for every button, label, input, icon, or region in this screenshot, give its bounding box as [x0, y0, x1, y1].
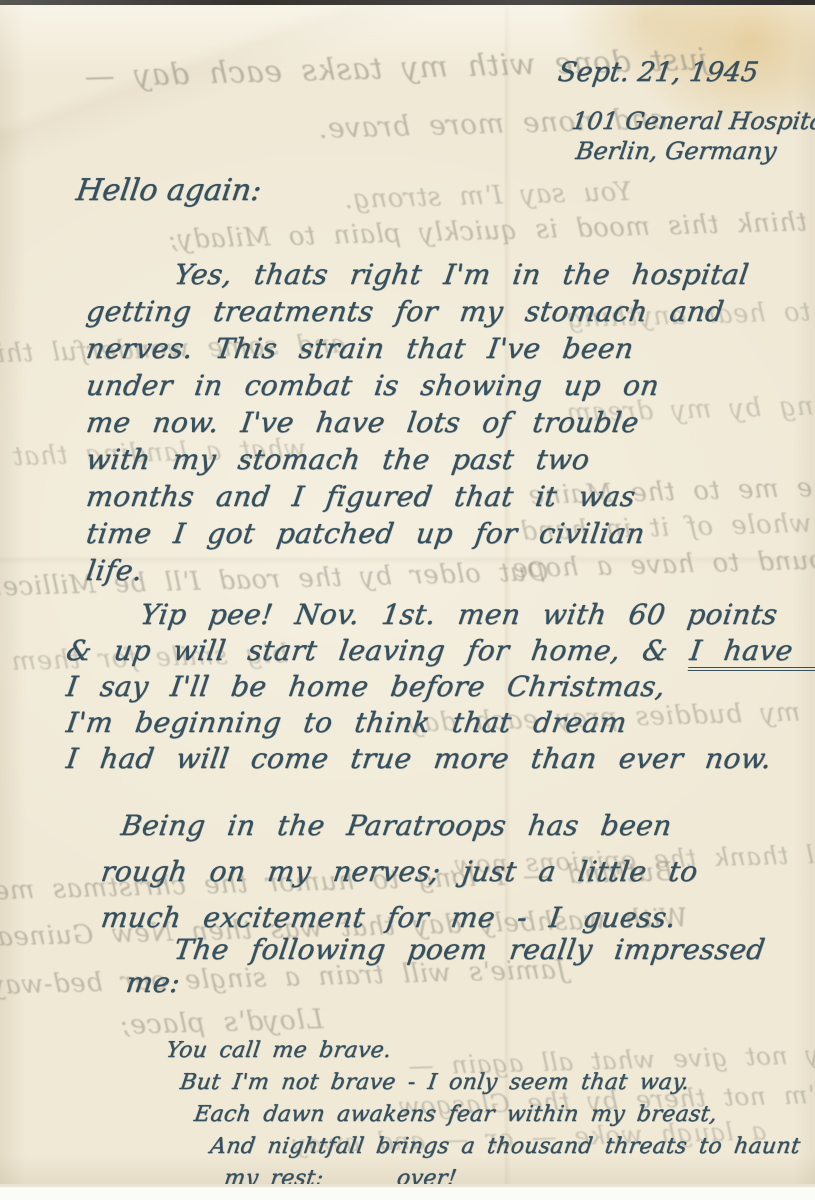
letter-address-line2: Berlin, Germany: [574, 137, 778, 165]
letter-paper: just done with my tasks each day —and no…: [0, 5, 815, 1184]
poem-block: You call me brave.But I'm not brave - I …: [164, 1035, 798, 1184]
over-note: over!: [395, 1166, 458, 1184]
handwritten-line: nerves. This strain that I've been: [84, 330, 751, 367]
scan-edge-bottom: [0, 1184, 815, 1200]
letter-paragraph-points: Yip pee! Nov. 1st. men with 60 points& u…: [64, 597, 815, 777]
handwritten-line: time I got patched up for civilian: [84, 515, 751, 552]
text-segment: & up will start leaving for home, &: [64, 634, 692, 667]
poem-line: But I'm not brave - I only seem that way…: [164, 1067, 802, 1099]
letter-address-line1: 101 General Hospital: [570, 107, 815, 135]
poem-line: And nightfall brings a thousand threats …: [164, 1131, 802, 1163]
handwritten-line: me:: [124, 966, 767, 999]
letter-paragraph-hospital: Yes, thats right I'm in the hospitalgett…: [84, 256, 746, 589]
letter-date: Sept. 21, 1945: [556, 57, 760, 88]
handwritten-line: I'm beginning to think that dream: [64, 705, 815, 741]
handwritten-line: Being in the Paratroops has been: [98, 803, 701, 849]
poem-last-line: my rest;: [223, 1166, 325, 1184]
handwritten-line: Yip pee! Nov. 1st. men with 60 points: [64, 597, 815, 633]
handwriting-layer: Sept. 21, 1945 101 General Hospital Berl…: [0, 5, 815, 1184]
handwritten-line: getting treatments for my stomach and: [84, 293, 751, 330]
handwritten-line: life.: [84, 552, 751, 589]
handwritten-line: Yes, thats right I'm in the hospital: [84, 256, 751, 293]
double-underlined-phrase: I have 67.: [687, 634, 815, 671]
handwritten-line: with my stomach the past two: [84, 441, 751, 478]
poem-line: Each dawn awakens fear within my breast,: [164, 1099, 802, 1131]
handwritten-line: months and I figured that it was: [84, 478, 751, 515]
poem-line: You call me brave.: [164, 1035, 802, 1067]
letter-greeting: Hello again:: [74, 173, 264, 208]
handwritten-line: under in combat is showing up on: [84, 367, 751, 404]
letter-paragraph-poem-intro: The following poem really impressedme:: [124, 933, 763, 999]
scanned-letter-page: just done with my tasks each day —and no…: [0, 0, 815, 1200]
handwritten-line: & up will start leaving for home, & I ha…: [64, 633, 815, 669]
handwritten-line: I had will come true more than ever now.: [64, 741, 815, 777]
handwritten-line: The following poem really impressed: [124, 933, 767, 966]
handwritten-line: me now. I've have lots of trouble: [84, 404, 751, 441]
handwritten-line: rough on my nerves; just a little to: [98, 849, 701, 895]
poem-line: my rest;over!: [164, 1163, 802, 1184]
handwritten-line: I say I'll be home before Christmas,: [64, 669, 815, 705]
letter-paragraph-paratroops: Being in the Paratroops has beenrough on…: [98, 803, 694, 941]
